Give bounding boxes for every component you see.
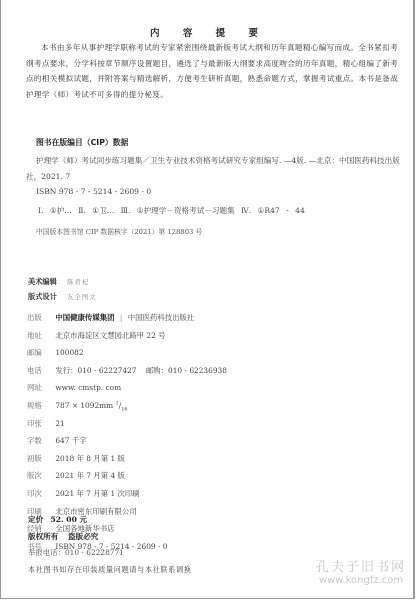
info-row-format: 规格 787 × 1092mm 1/16 xyxy=(27,400,227,418)
info-key: 地址 xyxy=(27,330,53,341)
info-row-website: 网址 www. cmstp. com xyxy=(27,382,227,400)
rights-value: 盗版必究 xyxy=(68,532,98,541)
cip-main-entry: 护理学（师）考试同步练习题集／卫生专业技术资格考试研究专家组编写. —4版. —… xyxy=(26,153,411,185)
info-row-phone: 电话 发行：010 - 62227427 邮购：010 - 62236938 xyxy=(27,365,227,383)
summary-text: 本书由多年从事护理学职称考试的专家紧密围绕最新版考试大纲和历年真题精心编写而成。… xyxy=(26,40,398,102)
copyright-notice: 版权所有 盗版必究 xyxy=(28,531,98,542)
info-key: 网址 xyxy=(27,382,53,393)
info-value: 100082 xyxy=(55,348,83,357)
info-row-edition: 版次 2021 年 7 月第 4 版 xyxy=(27,470,227,488)
info-key: 邮编 xyxy=(27,347,53,358)
cip-classification: Ⅰ. ①护… Ⅱ. ①卫… Ⅲ. ①护理学－资格考试－习题集 Ⅳ. ①R47 -… xyxy=(38,205,305,216)
watermark-url: www.kongfz.com xyxy=(311,575,411,586)
info-value: 北京市海淀区文慧园北路甲 22 号 xyxy=(55,331,165,340)
info-key: 版次 xyxy=(27,470,53,481)
report-phone: 举报电话：010 - 62228771 xyxy=(28,547,124,558)
info-key: 初版 xyxy=(27,453,53,464)
info-key: 规格 xyxy=(27,400,53,411)
info-value: www. cmstp. com xyxy=(55,383,121,392)
info-row-address: 地址 北京市海淀区文慧园北路甲 22 号 xyxy=(27,330,227,348)
separator: | xyxy=(120,313,123,322)
fraction-denominator: 16 xyxy=(121,406,127,412)
publisher-name: 中国医药科技出版社 xyxy=(128,313,195,322)
credit-label: 版式设计 xyxy=(28,292,57,301)
info-value: 2021 年 7 月第 1 次印刷 xyxy=(55,489,139,498)
price: 定价 52. 00 元 xyxy=(28,514,87,525)
copyright-page: 内 容 提 要 本书由多年从事护理学职称考试的专家紧密围绕最新版考试大纲和历年真… xyxy=(0,0,415,599)
info-value: 发行：010 - 62227427 邮购：010 - 62236938 xyxy=(55,366,227,375)
cip-isbn: ISBN 978 - 7 - 5214 - 2609 - 0 xyxy=(36,187,151,196)
info-row-first-edition: 初版 2018 年 8 月第 1 版 xyxy=(27,453,227,471)
rights-label: 版权所有 xyxy=(28,532,58,541)
info-value: 2021 年 7 月第 4 版 xyxy=(55,471,125,480)
credit-art-editor: 美术编辑 陈君杞 xyxy=(28,277,89,287)
info-key: 印张 xyxy=(27,418,53,429)
info-key: 印次 xyxy=(27,488,53,499)
fraction-numerator: 1 xyxy=(116,401,119,407)
info-key: 出版 xyxy=(27,312,53,323)
info-value: 21 xyxy=(55,419,64,428)
quality-notice: 本社图书如存在印装质量问题请与本社联系调换 xyxy=(28,565,192,575)
price-label: 定价 xyxy=(28,515,43,524)
watermark: 孔夫子旧书网 www.kongfz.com xyxy=(311,556,411,586)
info-key: 电话 xyxy=(27,365,53,376)
cip-heading: 图书在版编目（CIP）数据 xyxy=(36,137,128,148)
info-row-sheets: 印张 21 xyxy=(27,418,227,436)
summary-title: 内 容 提 要 xyxy=(1,25,416,39)
info-row-postcode: 邮编 100082 xyxy=(27,347,227,365)
credit-layout-design: 版式设计 友全图文 xyxy=(28,292,97,302)
cip-record-number: 中国版本图书馆 CIP 数据核字（2021）第 128803 号 xyxy=(36,226,202,236)
publisher-group: 中国健康传媒集团 xyxy=(55,313,114,322)
info-row-printing: 印次 2021 年 7 月第 1 次印刷 xyxy=(27,488,227,506)
info-row-publisher: 出版 中国健康传媒集团 | 中国医药科技出版社 xyxy=(27,312,227,330)
credit-value: 陈君杞 xyxy=(67,278,89,286)
watermark-logo-text: 孔夫子旧书网 xyxy=(311,556,411,575)
info-value: 2018 年 8 月第 1 版 xyxy=(55,454,125,463)
price-value: 52. 00 元 xyxy=(50,515,87,524)
info-value: 647 千字 xyxy=(55,436,86,445)
info-key: 字数 xyxy=(27,435,53,446)
credit-value: 友全图文 xyxy=(67,293,97,301)
credit-label: 美术编辑 xyxy=(28,277,57,286)
info-value: 787 × 1092mm xyxy=(55,401,113,410)
info-row-word-count: 字数 647 千字 xyxy=(27,435,227,453)
